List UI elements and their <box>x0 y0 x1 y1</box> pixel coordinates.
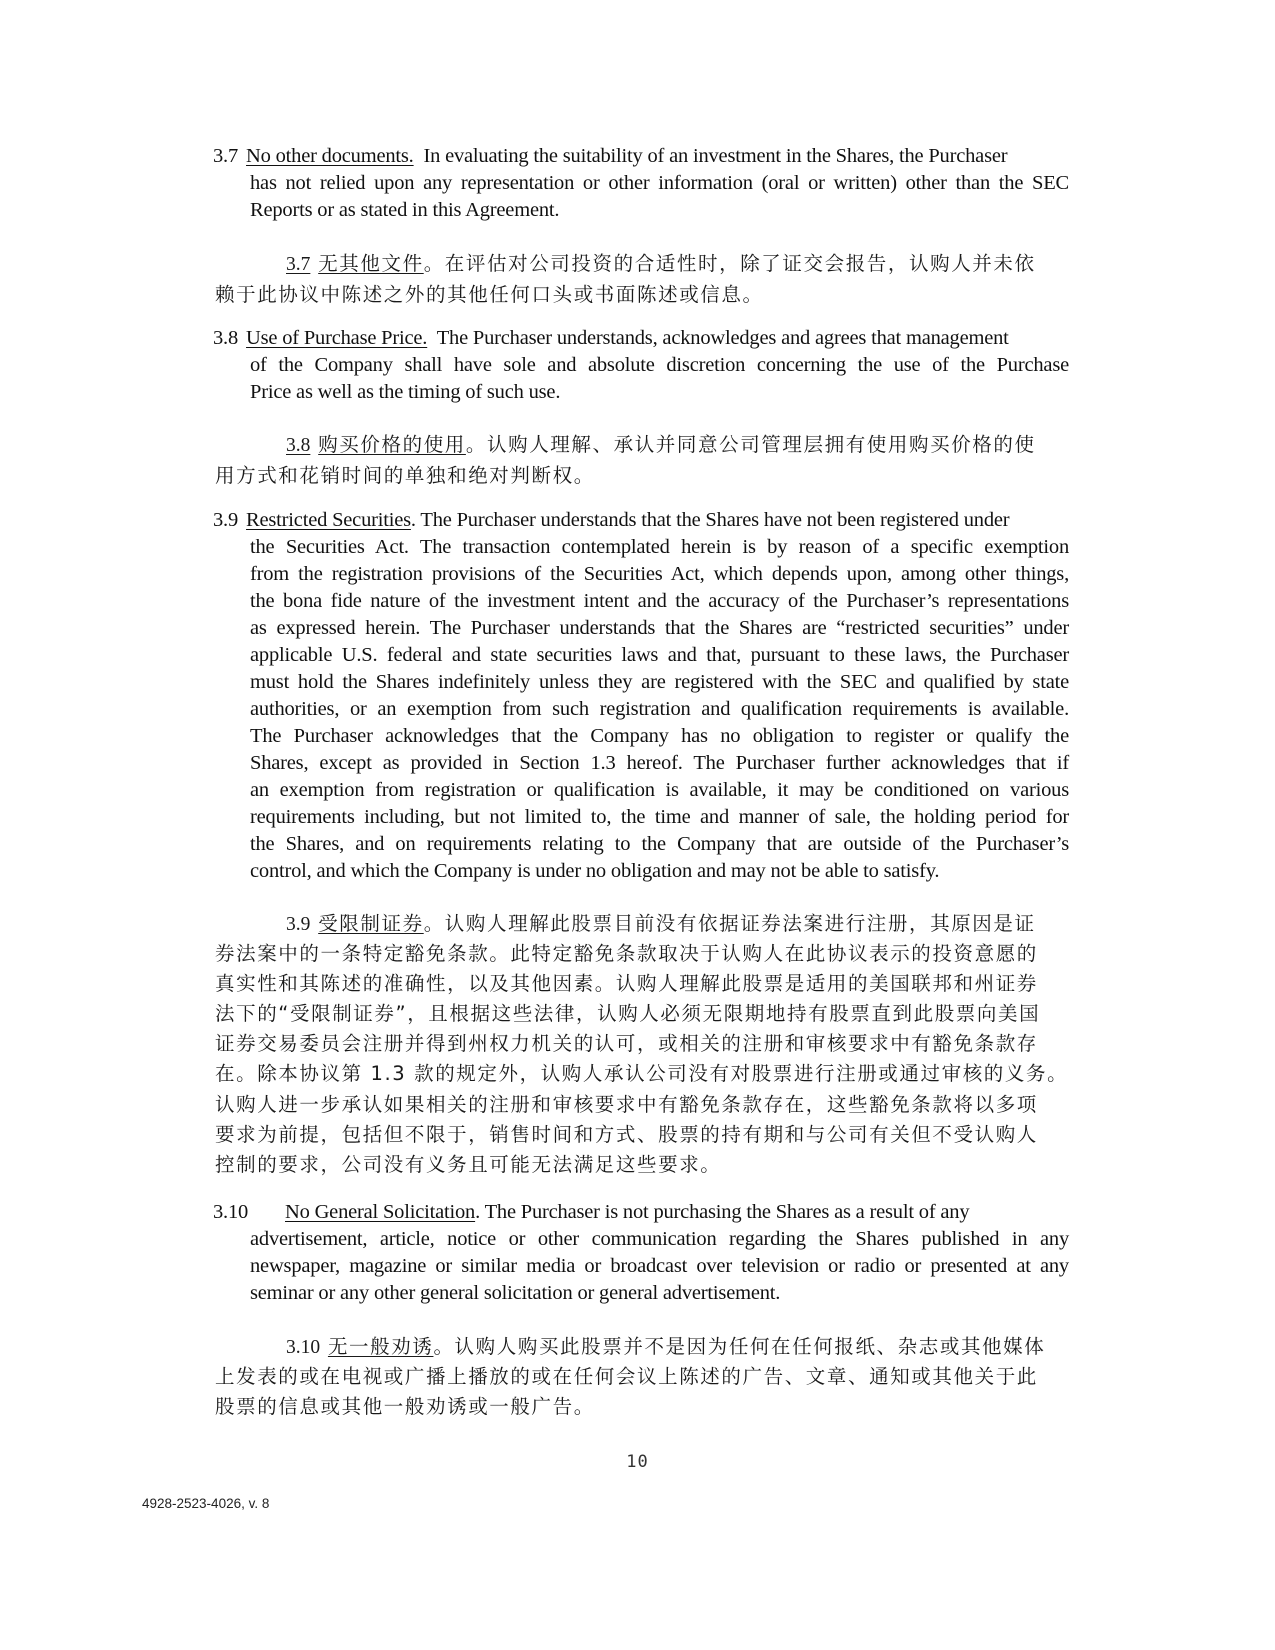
section-heading: Use of Purchase Price. <box>246 327 427 349</box>
section-number: 3.8 <box>213 327 238 349</box>
paragraph-line: control, and which the Company is under … <box>250 858 939 885</box>
paragraph-line: 法下的“受限制证券”，且根据这些法律，认购人必须无限期地持有股票直到此股票向美国 <box>215 1000 1040 1027</box>
line-text: In evaluating the suitability of an inve… <box>423 145 1007 167</box>
paragraph-line: Price as well as the timing of such use. <box>250 379 560 406</box>
paragraph-line: newspaper, magazine or similar media or … <box>250 1253 1069 1280</box>
paragraph-line: the Shares, and on requirements relating… <box>250 831 1069 858</box>
line-text: . The Purchaser is not purchasing the Sh… <box>475 1201 969 1223</box>
paragraph-line: Shares, except as provided in Section 1.… <box>250 750 1069 777</box>
line-text: The Purchaser understands, acknowledges … <box>437 327 1009 349</box>
paragraph-line: the Securities Act. The transaction cont… <box>250 534 1069 561</box>
section-number: 3.10 <box>286 1337 320 1358</box>
paragraph-line: requirements including, but not limited … <box>250 804 1069 831</box>
section-number: 3.7 <box>213 145 238 167</box>
line-text: 。在评估对公司投资的合适性时，除了证交会报告，认购人并未依 <box>424 252 1036 275</box>
paragraph-line: 3.9 受限制证券。认购人理解此股票目前没有依据证券法案进行注册，其原因是证 <box>286 910 1036 938</box>
paragraph-line: The Purchaser acknowledges that the Comp… <box>250 723 1069 750</box>
paragraph-line: seminar or any other general solicitatio… <box>250 1280 780 1307</box>
section-heading: 受限制证券 <box>318 912 424 935</box>
document-page: 3.7No other documents. In evaluating the… <box>0 0 1275 1650</box>
paragraph-line: 券法案中的一条特定豁免条款。此特定豁免条款取决于认购人在此协议表示的投资意愿的 <box>215 940 1038 967</box>
section-heading: No General Solicitation <box>285 1201 475 1223</box>
section-number: 3.7 <box>286 254 310 275</box>
paragraph-line: 在。除本协议第 1.3 款的规定外，认购人承认公司没有对股票进行注册或通过审核的… <box>215 1060 1068 1087</box>
paragraph-line: advertisement, article, notice or other … <box>250 1226 1069 1253</box>
section-number: 3.8 <box>286 435 310 456</box>
paragraph-line: of the Company shall have sole and absol… <box>250 352 1069 379</box>
paragraph-line: 3.8Use of Purchase Price. The Purchaser … <box>213 325 1009 352</box>
section-number: 3.10 <box>213 1199 285 1226</box>
paragraph-line: 认购人进一步承认如果相关的注册和审核要求中有豁免条款存在，这些豁免条款将以多项 <box>215 1091 1038 1118</box>
paragraph-line: 控制的要求，公司没有义务且可能无法满足这些要求。 <box>215 1151 721 1178</box>
line-text: . The Purchaser understands that the Sha… <box>411 509 1009 531</box>
paragraph-line: 要求为前提，包括但不限于，销售时间和方式、股票的持有期和与公司有关但不受认购人 <box>215 1121 1038 1148</box>
line-text: 。认购人理解、承认并同意公司管理层拥有使用购买价格的使 <box>466 433 1036 456</box>
section-heading: Restricted Securities <box>246 509 411 531</box>
paragraph-line: has not relied upon any representation o… <box>250 170 1069 197</box>
section-number: 3.9 <box>213 509 238 531</box>
document-id: 4928-2523-4026, v. 8 <box>142 1496 269 1511</box>
section-heading: 无其他文件 <box>318 252 424 275</box>
section-heading: 无一般劝诱 <box>328 1335 434 1358</box>
paragraph-line: 3.10No General Solicitation. The Purchas… <box>213 1199 969 1226</box>
line-text: 。认购人理解此股票目前没有依据证券法案进行注册，其原因是证 <box>424 912 1036 935</box>
paragraph-line: Reports or as stated in this Agreement. <box>250 197 559 224</box>
section-heading: No other documents. <box>246 145 414 167</box>
paragraph-line: authorities, or an exemption from such r… <box>250 696 1069 723</box>
paragraph-line: 真实性和其陈述的准确性，以及其他因素。认购人理解此股票是适用的美国联邦和州证券 <box>215 970 1038 997</box>
paragraph-line: 赖于此协议中陈述之外的其他任何口头或书面陈述或信息。 <box>215 281 764 308</box>
paragraph-line: 3.9Restricted Securities. The Purchaser … <box>213 507 1009 534</box>
paragraph-line: 3.7No other documents. In evaluating the… <box>213 143 1069 170</box>
section-heading: 购买价格的使用 <box>318 433 466 456</box>
paragraph-line: 股票的信息或其他一般劝诱或一般广告。 <box>215 1393 595 1420</box>
paragraph-line: 证券交易委员会注册并得到州权力机关的认可，或相关的注册和审核要求中有豁免条款存 <box>215 1030 1038 1057</box>
paragraph-line: as expressed herein. The Purchaser under… <box>250 615 1069 642</box>
page-number: 10 <box>0 1452 1275 1472</box>
paragraph-line: 3.8 购买价格的使用。认购人理解、承认并同意公司管理层拥有使用购买价格的使 <box>286 431 1036 459</box>
paragraph-line: from the registration provisions of the … <box>250 561 1069 588</box>
paragraph-line: must hold the Shares indefinitely unless… <box>250 669 1069 696</box>
paragraph-line: 上发表的或在电视或广播上播放的或在任何会议上陈述的广告、文章、通知或其他关于此 <box>215 1363 1038 1390</box>
line-text: 。认购人购买此股票并不是因为任何在任何报纸、杂志或其他媒体 <box>433 1335 1045 1358</box>
paragraph-line: 3.10 无一般劝诱。认购人购买此股票并不是因为任何在任何报纸、杂志或其他媒体 <box>286 1333 1045 1361</box>
section-number: 3.9 <box>286 914 310 935</box>
paragraph-line: applicable U.S. federal and state securi… <box>250 642 1069 669</box>
paragraph-line: the bona fide nature of the investment i… <box>250 588 1069 615</box>
paragraph-line: 3.7 无其他文件。在评估对公司投资的合适性时，除了证交会报告，认购人并未依 <box>286 250 1036 278</box>
paragraph-line: 用方式和花销时间的单独和绝对判断权。 <box>215 462 595 489</box>
paragraph-line: an exemption from registration or qualif… <box>250 777 1069 804</box>
